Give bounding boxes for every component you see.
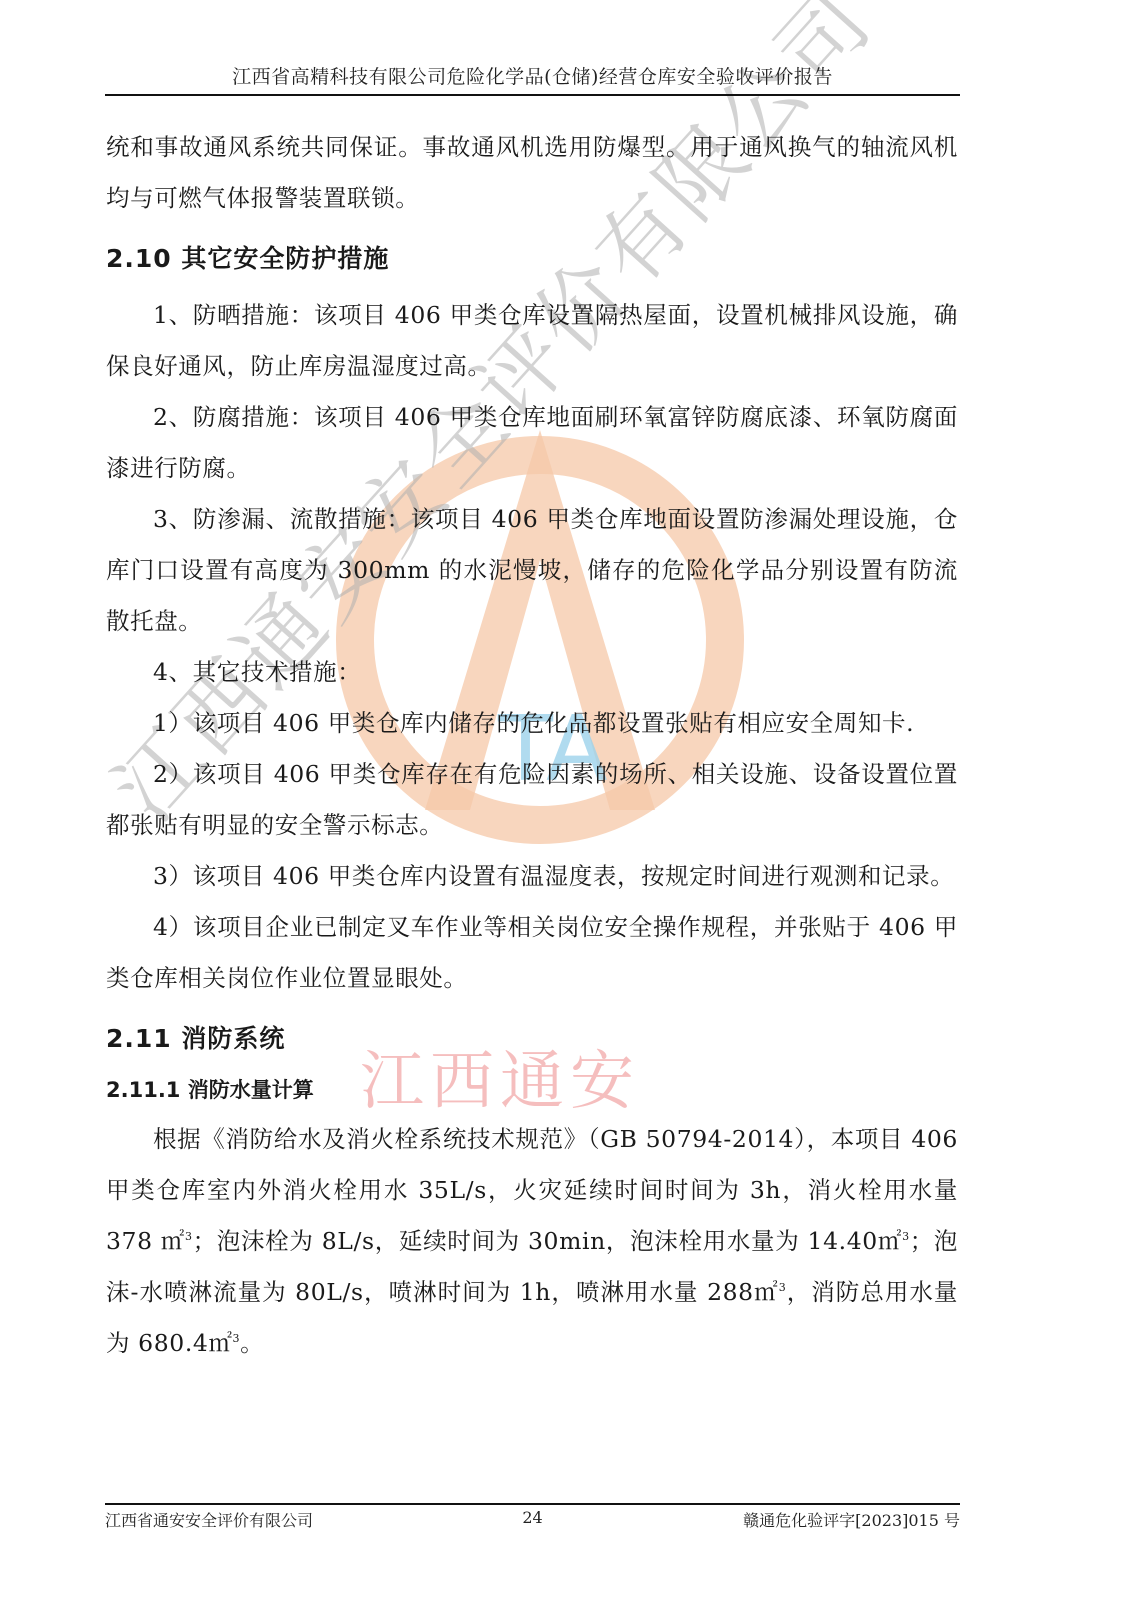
paragraph-corrosion: 2、防腐措施：该项目 406 甲类仓库地面刷环氧富锌防腐底漆、环氧防腐面漆进行防…: [106, 392, 958, 494]
header-divider: [105, 94, 960, 96]
paragraph-measure-2: 2）该项目 406 甲类仓库存在有危险因素的场所、相关设施、设备设置位置都张贴有…: [106, 749, 958, 851]
paragraph-measure-3: 3）该项目 406 甲类仓库内设置有温湿度表，按规定时间进行观测和记录。: [106, 851, 958, 902]
footer-doc-number: 赣通危化验评字[2023]015 号: [743, 1508, 960, 1531]
section-heading-2-10: 2.10 其它安全防护措施: [106, 238, 958, 280]
paragraph-other-measures: 4、其它技术措施：: [106, 647, 958, 698]
paragraph-leakage: 3、防渗漏、流散措施：该项目 406 甲类仓库地面设置防渗漏处理设施，仓库门口设…: [106, 494, 958, 647]
paragraph-measure-1: 1）该项目 406 甲类仓库内储存的危化品都设置张贴有相应安全周知卡.: [106, 698, 958, 749]
intro-paragraph: 统和事故通风系统共同保证。事故通风机选用防爆型。用于通风换气的轴流风机均与可燃气…: [106, 122, 958, 224]
document-body: 统和事故通风系统共同保证。事故通风机选用防爆型。用于通风换气的轴流风机均与可燃气…: [106, 122, 958, 1369]
footer-divider: [105, 1503, 960, 1505]
paragraph-measure-4: 4）该项目企业已制定叉车作业等相关岗位安全操作规程，并张贴于 406 甲类仓库相…: [106, 902, 958, 1004]
section-heading-2-11: 2.11 消防系统: [106, 1018, 958, 1060]
paragraph-water-calculation: 根据《消防给水及消火栓系统技术规范》（GB 50794-2014），本项目 40…: [106, 1114, 958, 1369]
subsection-heading-2-11-1: 2.11.1 消防水量计算: [106, 1070, 958, 1110]
page-header-title: 江西省高精科技有限公司危险化学品(仓储)经营仓库安全验收评价报告: [105, 62, 960, 89]
paragraph-sun-protection: 1、防晒措施：该项目 406 甲类仓库设置隔热屋面，设置机械排风设施，确保良好通…: [106, 290, 958, 392]
